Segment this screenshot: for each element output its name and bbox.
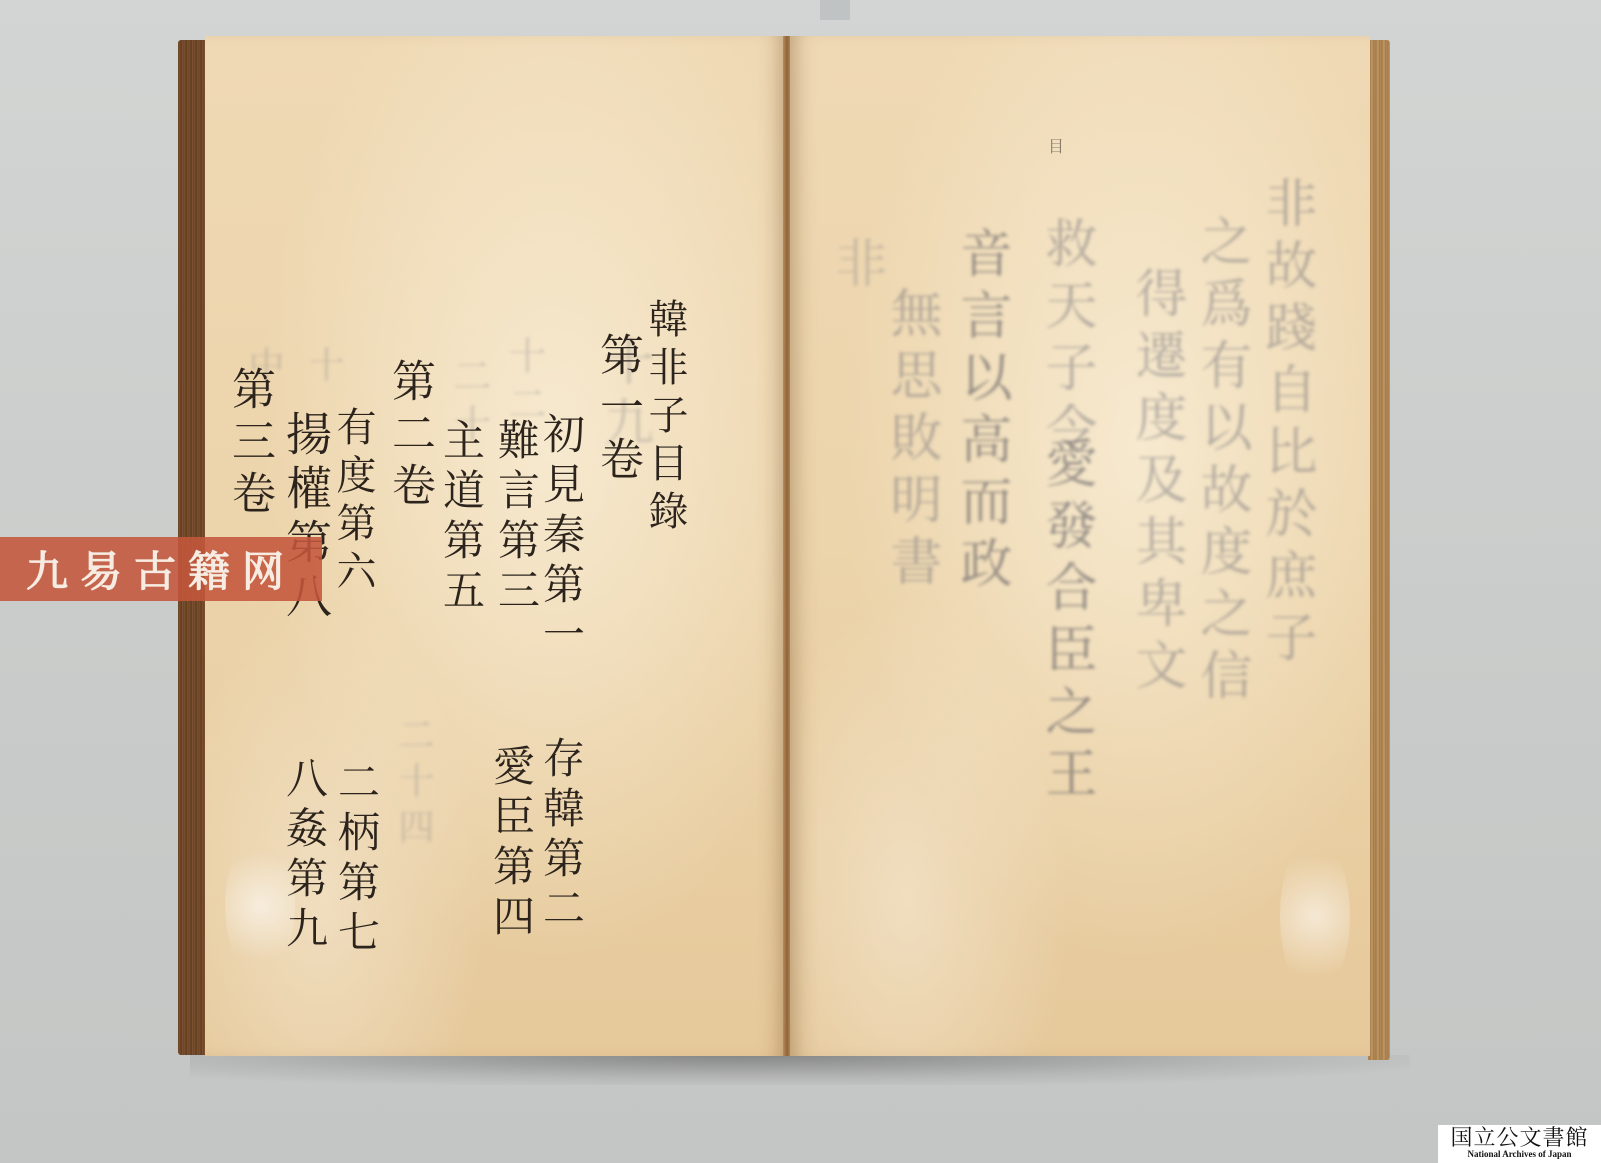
chapter-entry: 初見秦第一 <box>540 412 582 662</box>
site-watermark: 九易古籍网 <box>0 537 322 601</box>
paper-stain <box>1280 836 1350 996</box>
toc-title: 韓非子目錄 <box>645 298 685 538</box>
ghost-column: 十 <box>305 346 341 392</box>
ghost-column: 得遷度及其卑文 <box>1130 266 1182 700</box>
small-mark: 目 <box>1048 134 1064 157</box>
top-clip <box>820 0 850 20</box>
volume-heading: 第二卷 <box>387 358 431 514</box>
paper-stain <box>225 836 295 976</box>
logo-jp-text: 国立公文書館 <box>1450 1128 1588 1150</box>
ghost-column: 無思敗明書 <box>885 286 937 596</box>
chapter-entry: 主道第五 <box>440 418 482 618</box>
ghost-column: 救天子令 <box>1040 216 1092 464</box>
volume-heading: 第一卷 <box>595 332 639 488</box>
right-fore-edge <box>1368 40 1390 1060</box>
chapter-entry: 難言第三 <box>495 418 537 618</box>
institution-logo: 国立公文書館 National Archives of Japan <box>1438 1125 1601 1163</box>
chapter-entry: 存韓第二 <box>540 736 582 936</box>
chapter-entry: 二柄第七 <box>335 760 377 960</box>
volume-heading: 第三卷 <box>227 366 271 522</box>
ghost-column: 二十四 <box>395 716 431 854</box>
chapter-entry: 有度第六 <box>333 406 373 598</box>
ghost-column: 非 <box>830 236 882 298</box>
ghost-column: 愛發合臣之王 <box>1040 436 1092 808</box>
book-shadow <box>190 1055 1410 1085</box>
ghost-column: 音言以高而政 <box>955 226 1007 598</box>
ghost-column: 非故踐自比於庶子 <box>1260 176 1312 672</box>
logo-en-text: National Archives of Japan <box>1467 1150 1571 1160</box>
right-page: 目 非故踐自比於庶子 之爲有以故度之信 得遷度及其卑文 救天子令 愛發合臣之王 … <box>790 36 1370 1056</box>
watermark-text: 九易古籍网 <box>26 539 296 599</box>
chapter-entry: 愛臣第四 <box>490 744 532 944</box>
ghost-column: 之爲有以故度之信 <box>1195 214 1247 710</box>
